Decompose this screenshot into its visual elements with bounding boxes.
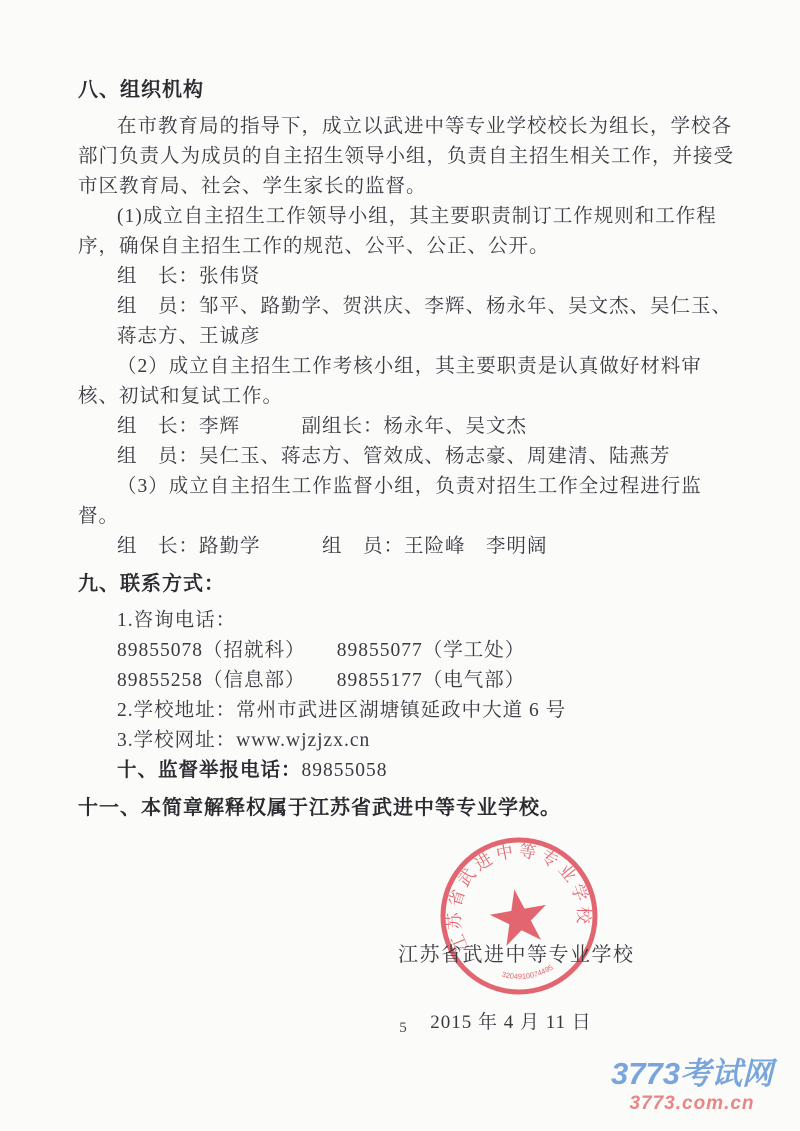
doc-line: 2.学校地址：常州市武进区湖塘镇延政中大道 6 号 (78, 696, 730, 726)
doc-line: 市区教育局、社会、学生家长的监督。 (78, 172, 730, 202)
doc-line: 组 长：张伟贤 (78, 262, 730, 292)
signature-school-name: 江苏省武进中等专业学校 (398, 940, 624, 970)
doc-line-bold-part: 十、监督举报电话： (117, 760, 302, 781)
signature-date: 2015 年 4 月 11 日 (398, 1008, 624, 1038)
doc-line: 十、监督举报电话：89855058 (78, 756, 730, 786)
doc-line: 序，确保自主招生工作的规范、公平、公正、公开。 (78, 232, 730, 262)
doc-line: 督。 (78, 502, 730, 532)
doc-line: 十一、本简章解释权属于江苏省武进中等专业学校。 (78, 794, 730, 822)
doc-line: 组 长：李辉 副组长：杨永年、吴文杰 (78, 412, 730, 442)
doc-line: 在市教育局的指导下，成立以武进中等专业学校校长为组长，学校各 (78, 112, 730, 142)
doc-line: （2）成立自主招生工作考核小组，其主要职责是认真做好材料审 (78, 352, 730, 382)
doc-line: 九、联系方式： (78, 570, 730, 598)
doc-line: （3）成立自主招生工作监督小组，负责对招生工作全过程进行监 (78, 472, 730, 502)
doc-line: 蒋志方、王诚彦 (78, 322, 730, 352)
doc-line: 八、组织机构 (78, 76, 730, 104)
document-body: 八、组织机构在市教育局的指导下，成立以武进中等专业学校校长为组长，学校各部门负责… (78, 76, 730, 830)
doc-line: 1.咨询电话： (78, 606, 730, 636)
doc-line: 组 员：邹平、路勤学、贺洪庆、李辉、杨永年、吴文杰、吴仁玉、 (78, 292, 730, 322)
site-watermark: 3773考试网 3773.com.cn (592, 1058, 792, 1113)
doc-line: 组 长：路勤学 组 员：王险峰 李明阔 (78, 532, 730, 562)
doc-line: 部门负责人为成员的自主招生领导小组，负责自主招生相关工作，并接受 (78, 142, 730, 172)
doc-line-normal-part: 89855058 (302, 760, 388, 781)
doc-line: 3.学校网址：www.wjzjzx.cn (78, 726, 730, 756)
doc-line: 组 员：吴仁玉、蒋志方、管效成、杨志豪、周建清、陆燕芳 (78, 442, 730, 472)
watermark-site-name: 3773考试网 (592, 1058, 792, 1091)
doc-line: (1)成立自主招生工作领导小组，其主要职责制订工作规则和工作程 (78, 202, 730, 232)
signature-block: 江苏省武进中等专业学校 2015 年 4 月 11 日 (398, 904, 624, 1074)
doc-line: 89855078（招就科） 89855077（学工处） (78, 636, 730, 666)
watermark-site-url: 3773.com.cn (592, 1094, 792, 1114)
doc-line: 89855258（信息部） 89855177（电气部） (78, 666, 730, 696)
scanned-document-page: 八、组织机构在市教育局的指导下，成立以武进中等专业学校校长为组长，学校各部门负责… (0, 0, 800, 1131)
doc-line: 核、初试和复试工作。 (78, 382, 730, 412)
